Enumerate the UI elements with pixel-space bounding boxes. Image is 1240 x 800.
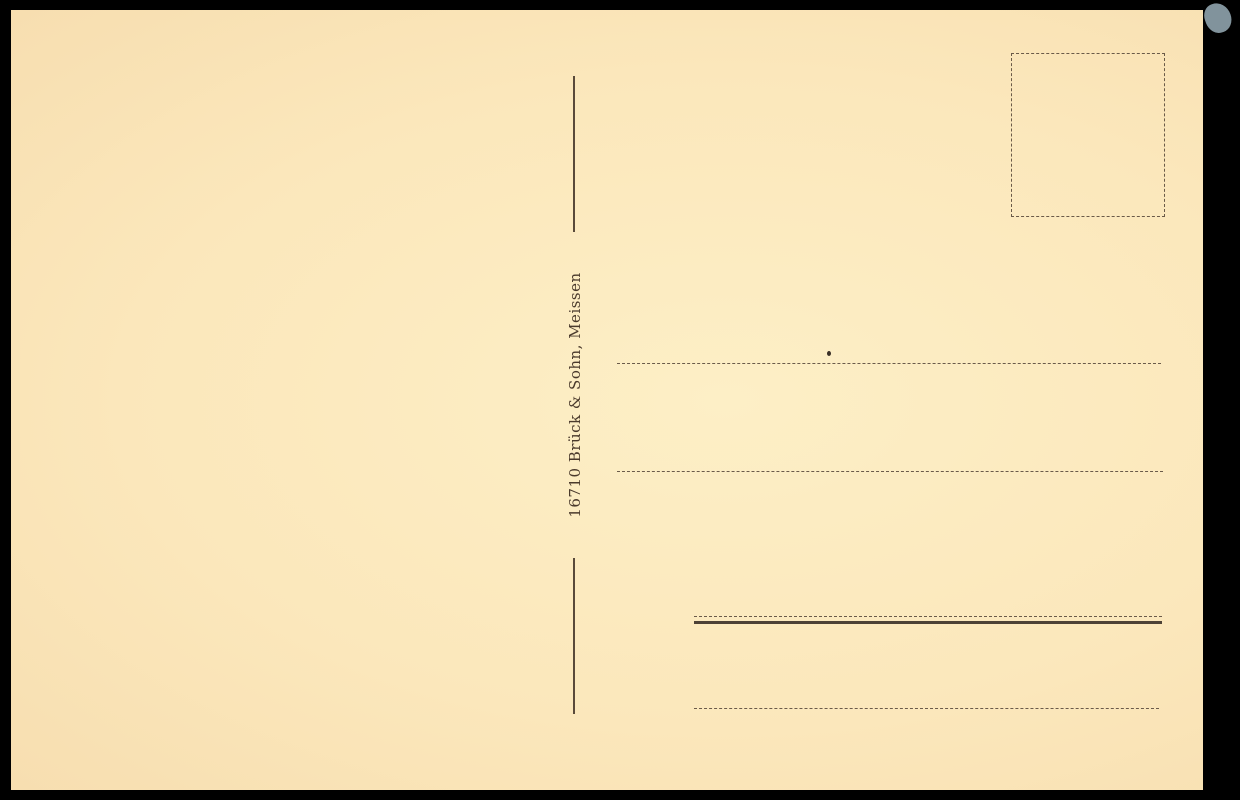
address-line-4: [694, 708, 1159, 709]
center-divider-bottom: [573, 558, 575, 714]
address-line-3: [694, 616, 1162, 617]
center-divider-top: [573, 76, 575, 232]
ink-dot: [827, 351, 831, 356]
stamp-box: [1011, 53, 1165, 217]
address-line-1: [617, 363, 1161, 364]
address-line-3-underline: [694, 621, 1162, 624]
publisher-imprint: 16710 Brück & Sohn, Meissen: [566, 272, 584, 517]
scan-debris: [1201, 0, 1236, 37]
address-line-2: [617, 471, 1163, 472]
